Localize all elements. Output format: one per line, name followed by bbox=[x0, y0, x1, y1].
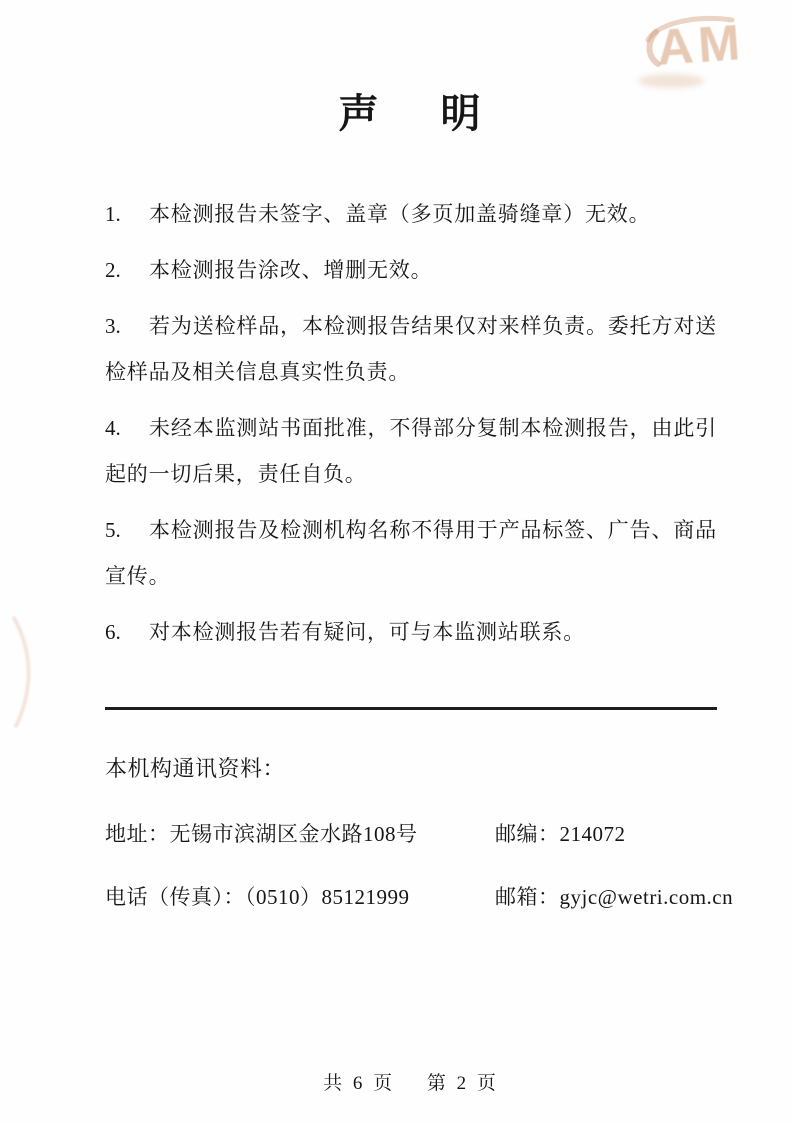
statement-text: 本检测报告未签字、盖章（多页加盖骑缝章）无效。 bbox=[149, 202, 650, 226]
email-label: 邮箱： bbox=[495, 885, 560, 909]
email-value: gyjc@wetri.com.cn bbox=[560, 885, 734, 909]
statement-number: 3. bbox=[105, 303, 149, 349]
statement-text: 若为送检样品，本检测报告结果仅对来样负责。委托方对送检样品及相关信息真实性负责。 bbox=[105, 314, 717, 384]
statement-text: 未经本监测站书面批准，不得部分复制本检测报告，由此引起的一切后果，责任自负。 bbox=[105, 416, 717, 486]
statement-item-5: 5.本检测报告及检测机构名称不得用于产品标签、广告、商品宣传。 bbox=[105, 507, 717, 599]
phone-label: 电话（传真）： bbox=[105, 885, 245, 909]
statement-item-1: 1.本检测报告未签字、盖章（多页加盖骑缝章）无效。 bbox=[105, 191, 717, 237]
address-value: 无锡市滨湖区金水路108号 bbox=[170, 822, 418, 846]
statement-text: 本检测报告涂改、增删无效。 bbox=[149, 258, 432, 282]
page-footer: 共 6 页 第 2 页 bbox=[105, 1068, 717, 1095]
contact-row-phone: 电话（传真）：（0510）85121999 邮箱：gyjc@wetri.com.… bbox=[105, 881, 745, 911]
total-pages: 共 6 页 bbox=[323, 1068, 395, 1095]
contact-row-address: 地址：无锡市滨湖区金水路108号 邮编：214072 bbox=[105, 818, 745, 848]
divider-line bbox=[105, 707, 717, 710]
statement-number: 1. bbox=[105, 191, 149, 237]
postcode-label: 邮编： bbox=[495, 822, 560, 846]
contact-heading: 本机构通讯资料： bbox=[105, 752, 285, 783]
stamp-letters: AM bbox=[655, 13, 747, 77]
statement-item-3: 3.若为送检样品，本检测报告结果仅对来样负责。委托方对送检样品及相关信息真实性负… bbox=[105, 303, 717, 395]
statement-number: 2. bbox=[105, 247, 149, 293]
postcode-value: 214072 bbox=[560, 822, 626, 846]
statement-item-4: 4.未经本监测站书面批准，不得部分复制本检测报告，由此引起的一切后果，责任自负。 bbox=[105, 405, 717, 497]
statement-number: 6. bbox=[105, 609, 149, 655]
statement-number: 4. bbox=[105, 405, 149, 451]
page-title: 声 明 bbox=[0, 82, 793, 139]
address-label: 地址： bbox=[105, 822, 170, 846]
statement-text: 对本检测报告若有疑问，可与本监测站联系。 bbox=[149, 620, 585, 644]
page-title-char: 声 bbox=[339, 82, 381, 139]
stamp-arc-icon bbox=[0, 600, 60, 740]
statement-text: 本检测报告及检测机构名称不得用于产品标签、广告、商品宣传。 bbox=[105, 518, 717, 588]
declaration-page: AM 声 明 1.本检测报告未签字、盖章（多页加盖骑缝章）无效。 2.本检测报告… bbox=[0, 0, 793, 1123]
statement-item-6: 6.对本检测报告若有疑问，可与本监测站联系。 bbox=[105, 609, 717, 655]
page-title-char: 明 bbox=[441, 82, 483, 139]
statement-list: 1.本检测报告未签字、盖章（多页加盖骑缝章）无效。 2.本检测报告涂改、增删无效… bbox=[105, 191, 717, 665]
statement-item-2: 2.本检测报告涂改、增删无效。 bbox=[105, 247, 717, 293]
phone-value: （0510）85121999 bbox=[245, 885, 410, 909]
current-page: 第 2 页 bbox=[427, 1068, 499, 1095]
statement-number: 5. bbox=[105, 507, 149, 553]
